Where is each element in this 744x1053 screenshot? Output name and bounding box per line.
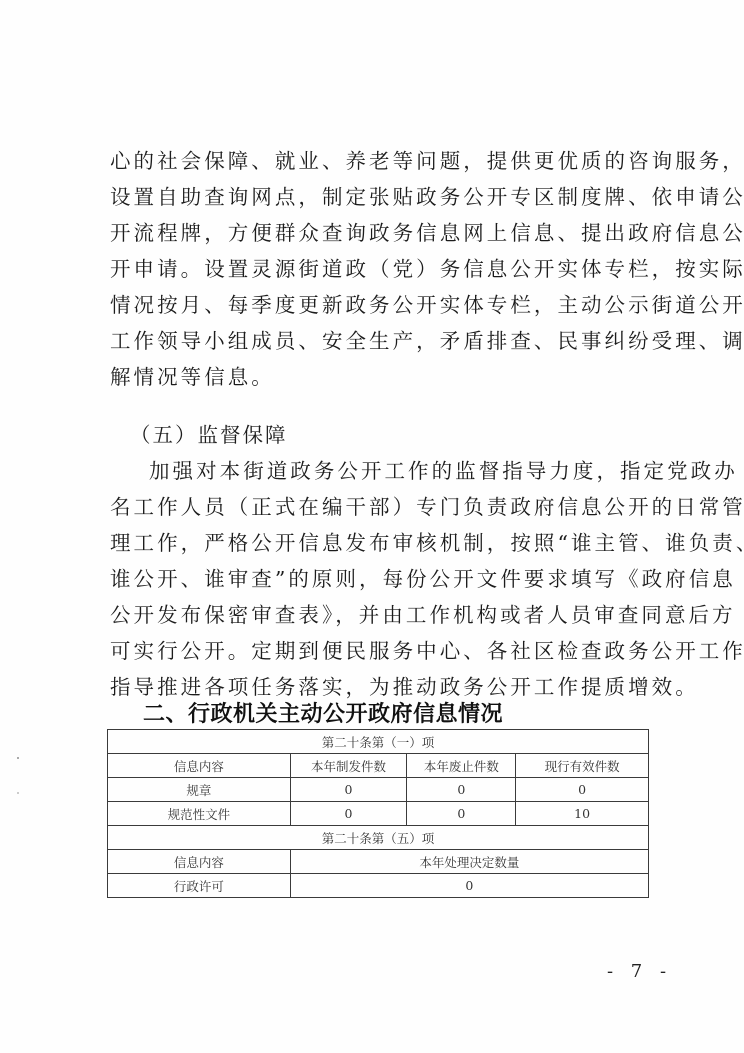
- table-header-row: 信息内容 本年制发件数 本年废止件数 现行有效件数: [108, 754, 649, 778]
- table-cell: 规范性文件: [108, 802, 291, 826]
- table-header-cell: 本年制发件数: [290, 754, 407, 778]
- table-section-title-row: 第二十条第（一）项: [108, 730, 649, 754]
- table-cell: 0: [290, 874, 648, 898]
- paragraph-line: 开流程牌，方便群众查询政务信息网上信息、提出政府信息公: [110, 221, 655, 245]
- paragraph-line: 开申请。设置灵源街道政（党）务信息公开实体专栏，按实际: [110, 257, 655, 281]
- table-row: 规范性文件 0 0 10: [108, 802, 649, 826]
- paragraph-line: 谁公开、谁审查”的原则，每份公开文件要求填写《政府信息: [110, 567, 655, 591]
- paragraph-line: 名工作人员（正式在编干部）专门负责政府信息公开的日常管: [110, 495, 655, 519]
- paragraph-line: 加强对本街道政务公开工作的监督指导力度，指定党政办 1: [149, 459, 655, 483]
- paragraph-line: 指导推进各项任务落实，为推动政务公开工作提质增效。: [110, 675, 655, 699]
- table-row: 规章 0 0 0: [108, 778, 649, 802]
- page-number: - 7 -: [607, 961, 672, 982]
- table-row: 行政许可 0: [108, 874, 649, 898]
- table-header-cell: 现行有效件数: [516, 754, 649, 778]
- table-cell: 0: [407, 802, 516, 826]
- paragraph-line: 解情况等信息。: [110, 365, 655, 389]
- table-cell: 行政许可: [108, 874, 291, 898]
- table-header-cell: 本年处理决定数量: [290, 850, 648, 874]
- scan-speck: [17, 792, 19, 794]
- disclosure-table: 第二十条第（一）项 信息内容 本年制发件数 本年废止件数 现行有效件数 规章 0…: [107, 729, 649, 898]
- table-cell: 0: [290, 802, 407, 826]
- section-heading: 二、行政机关主动公开政府信息情况: [143, 702, 503, 728]
- table-cell: 0: [407, 778, 516, 802]
- table-cell: 0: [516, 778, 649, 802]
- paragraph-line: 理工作，严格公开信息发布审核机制，按照“谁主管、谁负责、: [110, 531, 655, 555]
- paragraph-line: 可实行公开。定期到便民服务中心、各社区检查政务公开工作，: [110, 639, 655, 663]
- table-section-title: 第二十条第（一）项: [108, 730, 649, 754]
- scan-speck: [17, 757, 19, 759]
- table-header-cell: 本年废止件数: [407, 754, 516, 778]
- document-page: 心的社会保障、就业、养老等问题，提供更优质的咨询服务， 设置自助查询网点，制定张…: [0, 0, 744, 1053]
- paragraph-line: 设置自助查询网点，制定张贴政务公开专区制度牌、依申请公: [110, 185, 655, 209]
- paragraph-line: 公开发布保密审查表》，并由工作机构或者人员审查同意后方: [110, 603, 655, 627]
- paragraph-line: 工作领导小组成员、安全生产，矛盾排查、民事纠纷受理、调: [110, 329, 655, 353]
- table-section-title-row: 第二十条第（五）项: [108, 826, 649, 850]
- table-cell: 10: [516, 802, 649, 826]
- table-cell: 规章: [108, 778, 291, 802]
- table-cell: 0: [290, 778, 407, 802]
- table-header-row: 信息内容 本年处理决定数量: [108, 850, 649, 874]
- paragraph-line: 情况按月、每季度更新政务公开实体专栏，主动公示街道公开: [110, 293, 655, 317]
- subheading-supervision: （五）监督保障: [130, 423, 288, 447]
- table-header-cell: 信息内容: [108, 754, 291, 778]
- table-header-cell: 信息内容: [108, 850, 291, 874]
- paragraph-line: 心的社会保障、就业、养老等问题，提供更优质的咨询服务，: [110, 149, 655, 173]
- table-section-title: 第二十条第（五）项: [108, 826, 649, 850]
